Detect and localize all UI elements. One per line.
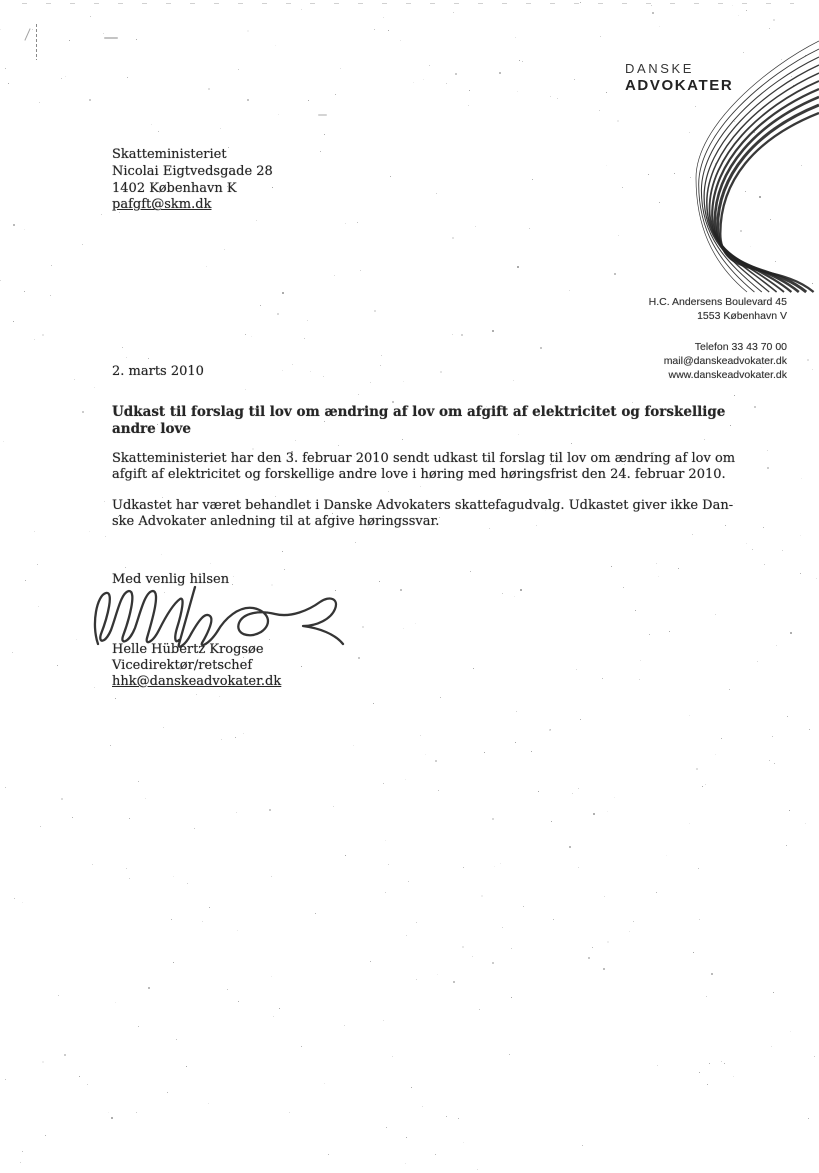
closing-phrase: Med venlig hilsen <box>112 572 229 587</box>
sender-phone: Telefon 33 43 70 00 <box>649 340 787 354</box>
scan-smudge <box>104 37 118 39</box>
logo-swoosh-graphic <box>689 40 819 292</box>
scanned-letter-page: DANSKE ADVOKATER Skatteministeriet Nicol… <box>0 0 819 1173</box>
recipient-email: pafgft@skm.dk <box>112 197 273 214</box>
scanner-edge-dashes <box>22 3 794 4</box>
sender-street: H.C. Andersens Boulevard 45 <box>649 295 787 309</box>
body-paragraph-1: Skatteministeriet har den 3. februar 201… <box>112 451 735 483</box>
recipient-city: 1402 København K <box>112 181 273 198</box>
contact-spacer <box>649 323 787 340</box>
sender-website: www.danskeadvokater.dk <box>649 368 787 382</box>
letter-subject: Udkast til forslag til lov om ændring af… <box>112 404 725 438</box>
body-paragraph-2: Udkastet har været behandlet i Danske Ad… <box>112 498 733 530</box>
sender-contact-block: H.C. Andersens Boulevard 45 1553 Københa… <box>649 295 787 382</box>
sender-email: mail@danskeadvokater.dk <box>649 354 787 368</box>
sender-city: 1553 København V <box>649 309 787 323</box>
recipient-name: Skatteministeriet <box>112 147 273 164</box>
scan-smudge <box>318 114 327 116</box>
scanner-slash-mark <box>24 28 30 40</box>
signer-email: hhk@danskeadvokater.dk <box>112 674 281 690</box>
scanner-left-dash-mark <box>36 24 37 60</box>
recipient-address-block: Skatteministeriet Nicolai Eigtvedsgade 2… <box>112 147 273 214</box>
signer-title: Vicedirektør/retschef <box>112 658 281 674</box>
signer-name: Helle Hübertz Krogsøe <box>112 642 281 658</box>
letter-date: 2. marts 2010 <box>112 364 204 379</box>
handwritten-signature-scribble <box>93 586 351 650</box>
recipient-street: Nicolai Eigtvedsgade 28 <box>112 164 273 181</box>
signer-block: Helle Hübertz Krogsøe Vicedirektør/retsc… <box>112 642 281 690</box>
